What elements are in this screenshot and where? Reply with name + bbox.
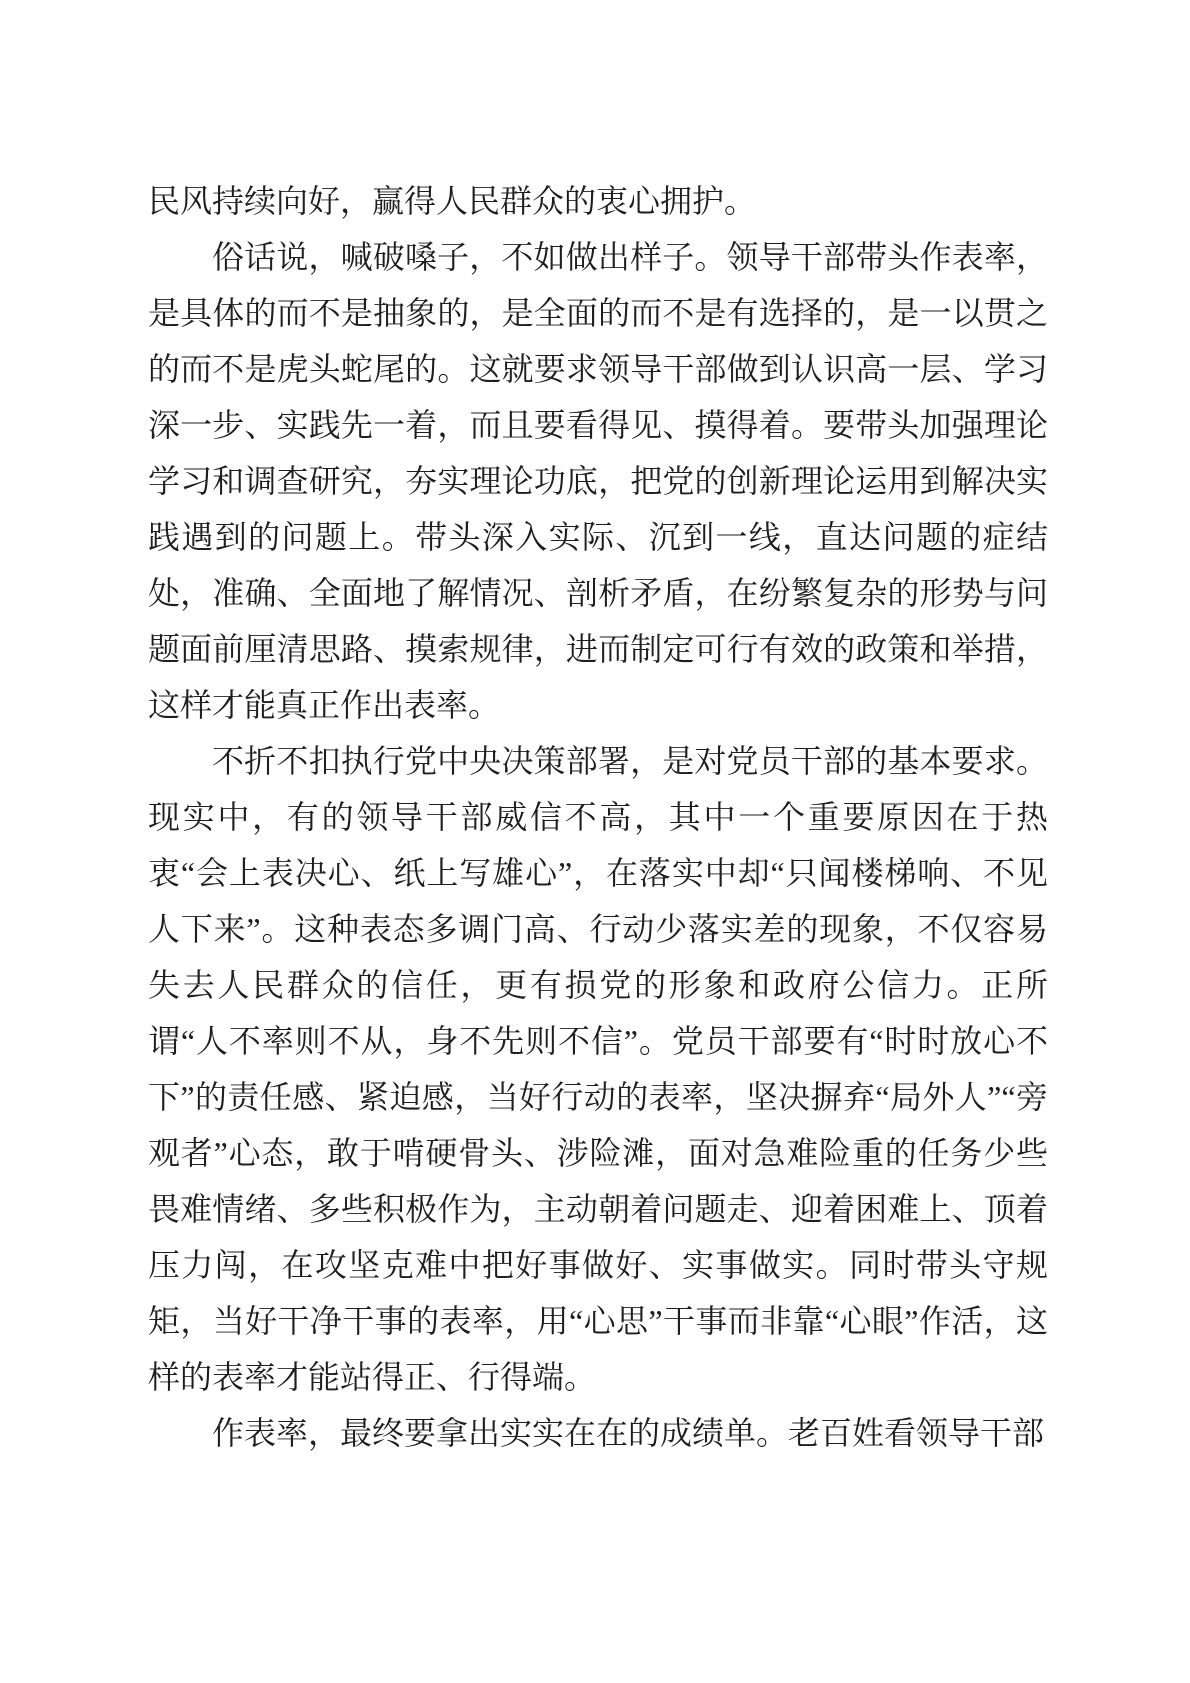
paragraph: 不折不扣执行党中央决策部署，是对党员干部的基本要求。现实中，有的领导干部威信不高… — [148, 733, 1048, 1405]
paragraph: 作表率，最终要拿出实实在在的成绩单。老百姓看领导干部 — [148, 1405, 1048, 1461]
document-page: 民风持续向好，赢得人民群众的衷心拥护。 俗话说，喊破嗓子，不如做出样子。领导干部… — [0, 0, 1190, 1683]
document-text-block: 民风持续向好，赢得人民群众的衷心拥护。 俗话说，喊破嗓子，不如做出样子。领导干部… — [148, 173, 1048, 1461]
paragraph: 俗话说，喊破嗓子，不如做出样子。领导干部带头作表率，是具体的而不是抽象的，是全面… — [148, 229, 1048, 733]
paragraph-continuation: 民风持续向好，赢得人民群众的衷心拥护。 — [148, 173, 1048, 229]
